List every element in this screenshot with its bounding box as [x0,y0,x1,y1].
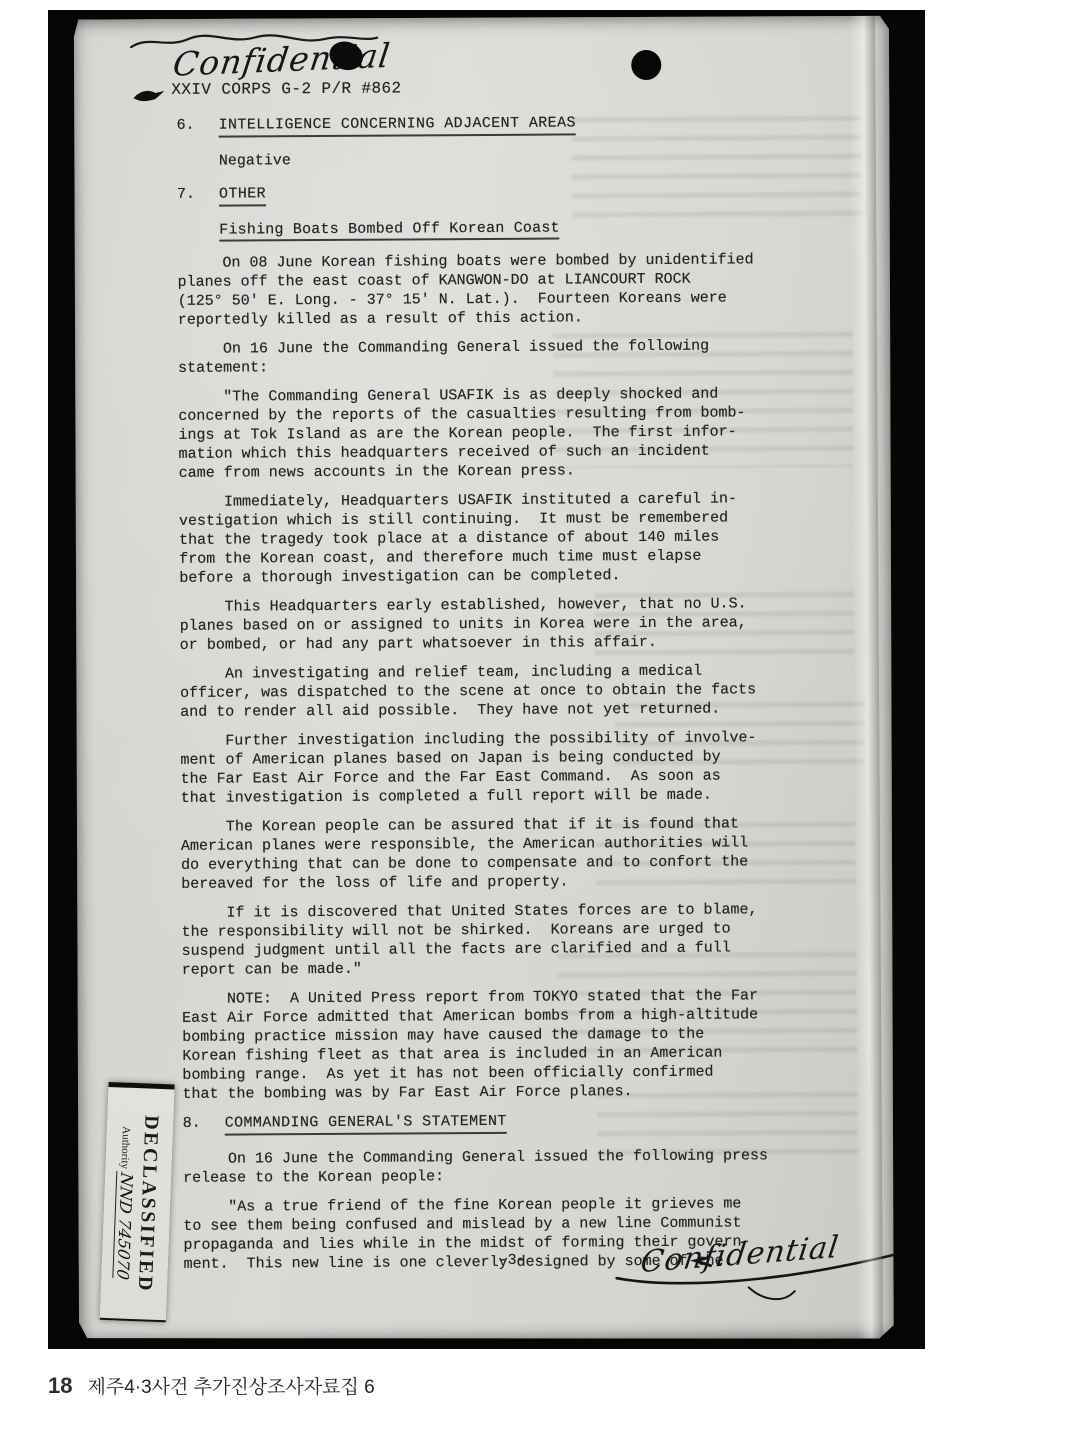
document-photo: Confidential XXIV CORPS G-2 P/R #862 6. … [48,10,925,1349]
article-heading: Fishing Boats Bombed Off Korean Coast [219,217,837,240]
section-6-body: Negative [219,148,837,171]
book-page-number: 18 [48,1373,72,1399]
paragraph: On 08 June Korean fishing boats were bom… [177,250,837,330]
paragraph: This Headquarters early established, how… [179,594,839,655]
section-title: INTELLIGENCE CONCERNING ADJACENT AREAS [219,113,576,137]
book-caption: 18 제주4·3사건 추가진상조사자료집 6 [48,1372,375,1399]
check-mark [131,85,167,105]
page-number: -3- [499,1252,526,1269]
book-title: 제주4·3사건 추가진상조사자료집 6 [87,1372,374,1399]
section-title: OTHER [219,184,266,206]
article-title: Fishing Boats Bombed Off Korean Coast [219,220,560,242]
document-body: 6. INTELLIGENCE CONCERNING ADJACENT AREA… [177,112,844,1284]
section-title: COMMANDING GENERAL'S STATEMENT [225,1112,507,1136]
paragraph: The Korean people can be assured that if… [181,814,841,894]
paragraph: On 16 June the Commanding General issued… [178,336,838,378]
book-page: Confidential XXIV CORPS G-2 P/R #862 6. … [0,0,1080,1439]
hole-punch [631,50,661,80]
stamp-authority-label: Authority [118,1126,132,1169]
confidential-handwritten-bottom-group: Confidential [598,1224,925,1316]
stamp-authority-number: NND 745070 [112,1171,136,1281]
paragraph: "The Commanding General USAFIK is as dee… [178,384,839,483]
paragraph-note: NOTE: A United Press report from TOKYO s… [182,986,843,1104]
paragraph: If it is discovered that United States f… [181,900,841,980]
paragraph: Further investigation including the poss… [180,728,840,808]
section-7-heading: 7. OTHER [177,181,837,207]
declassified-stamp: DECLASSIFIED Authority NND 745070 [100,1082,175,1322]
paragraph: An investigating and relief team, includ… [180,661,840,722]
section-number: 6. [177,116,219,138]
section-number: 7. [177,185,219,207]
section-8-heading: 8. COMMANDING GENERAL'S STATEMENT [183,1110,843,1136]
document-page: Confidential XXIV CORPS G-2 P/R #862 6. … [71,15,897,1344]
paragraph: On 16 June the Commanding General issued… [183,1146,843,1188]
section-number: 8. [183,1114,225,1136]
section-6-heading: 6. INTELLIGENCE CONCERNING ADJACENT AREA… [177,112,837,138]
document-header: XXIV CORPS G-2 P/R #862 [171,79,401,98]
paragraph: Immediately, Headquarters USAFIK institu… [179,489,840,588]
